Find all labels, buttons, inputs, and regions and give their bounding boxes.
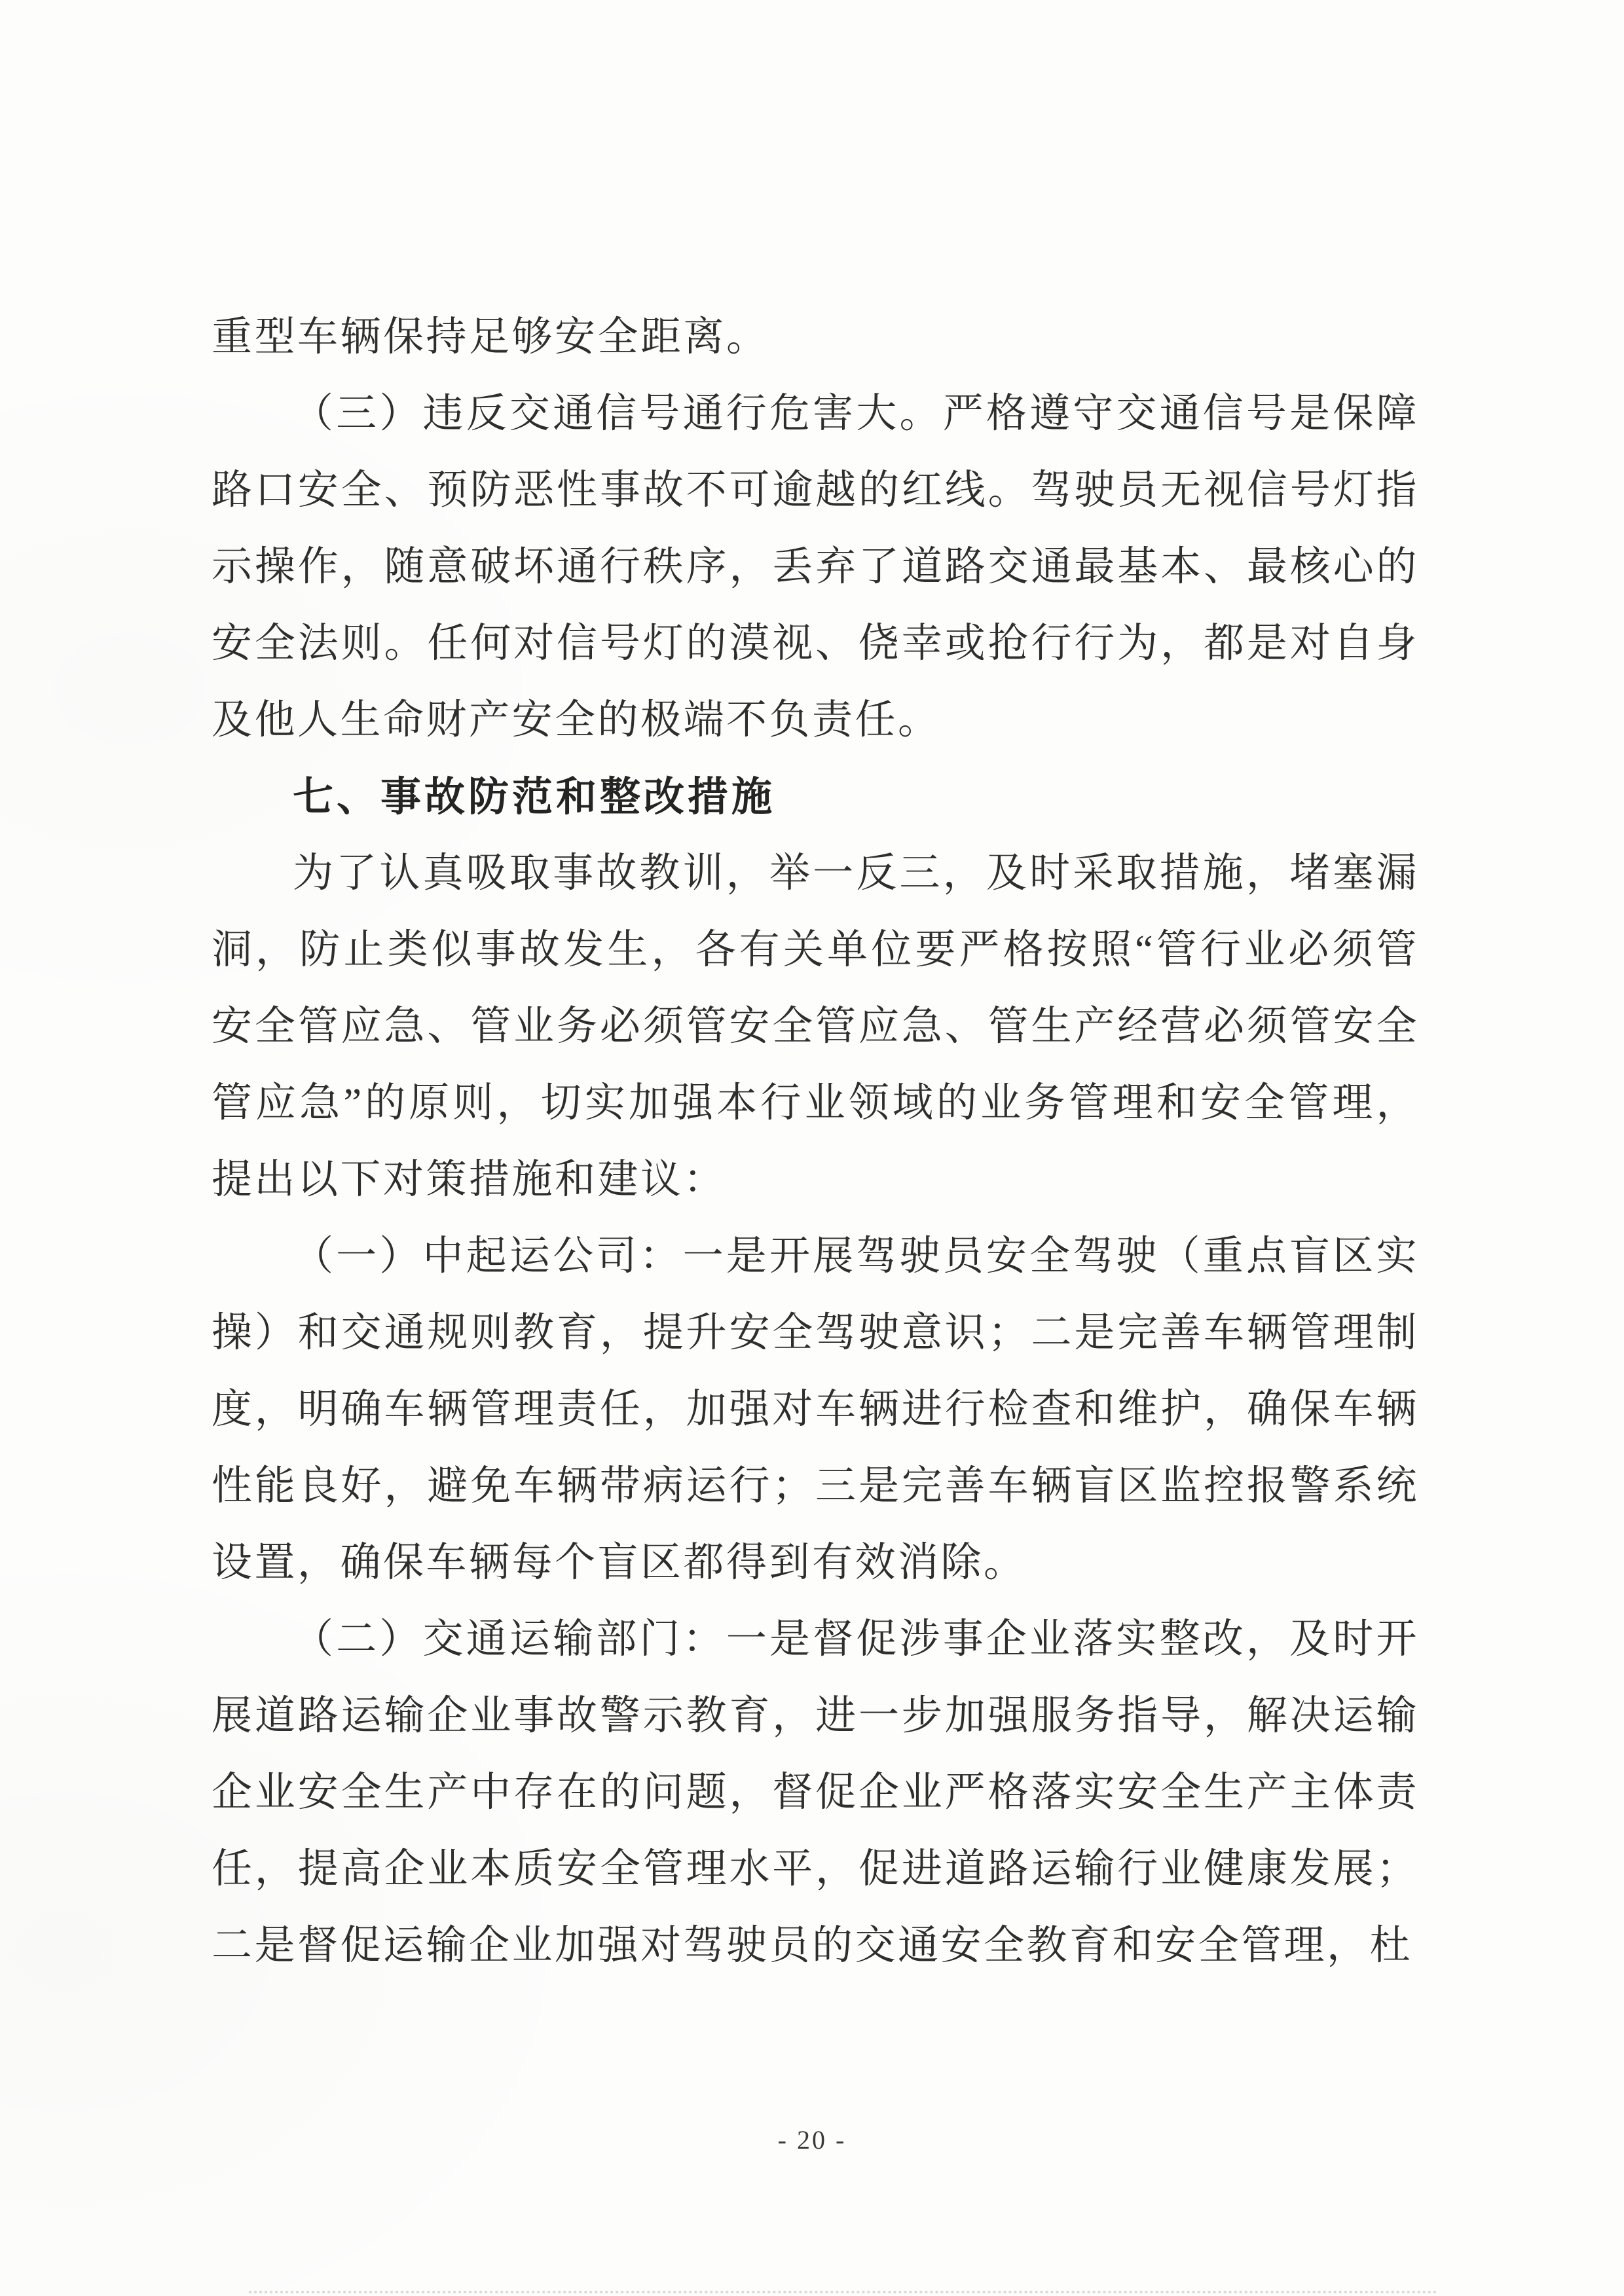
paragraph: 为了认真吸取事故教训，举一反三，及时采取措施，堵塞漏洞，防止类似事故发生，各有关… <box>212 835 1419 1218</box>
section-heading: 七、事故防范和整改措施 <box>212 759 1419 835</box>
document-text-block: 重型车辆保持足够安全距离。（三）违反交通信号通行危害大。严格遵守交通信号是保障路… <box>212 299 1419 1984</box>
page-footer: - 20 - <box>0 2121 1624 2159</box>
paragraph: （二）交通运输部门：一是督促涉事企业落实整改，及时开展道路运输企业事故警示教育，… <box>212 1601 1419 1984</box>
paragraph: （三）违反交通信号通行危害大。严格遵守交通信号是保障路口安全、预防恶性事故不可逾… <box>212 376 1419 759</box>
paragraph: 重型车辆保持足够安全距离。 <box>212 299 1419 376</box>
paragraph: （一）中起运公司：一是开展驾驶员安全驾驶（重点盲区实操）和交通规则教育，提升安全… <box>212 1218 1419 1601</box>
scan-artifact-line <box>249 2291 1437 2293</box>
page-number: - 20 - <box>778 2125 847 2155</box>
document-page: 重型车辆保持足够安全距离。（三）违反交通信号通行危害大。严格遵守交通信号是保障路… <box>0 0 1624 2296</box>
